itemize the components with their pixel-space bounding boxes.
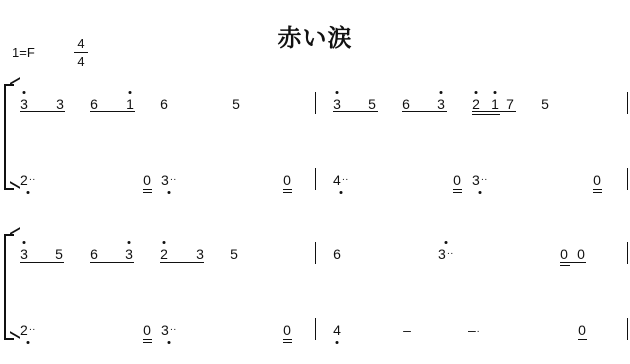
note: 3	[56, 96, 64, 112]
note: 3··	[161, 172, 176, 188]
note-digit: 1	[491, 96, 499, 112]
note: 3	[125, 246, 133, 262]
low-octave-dot	[26, 191, 29, 194]
low-octave-dot	[167, 191, 170, 194]
note-digit: 2	[472, 96, 480, 112]
beam-underline	[90, 111, 135, 112]
note: 2··	[20, 172, 35, 188]
beam-underline	[560, 262, 586, 263]
note-digit: 3	[161, 172, 169, 188]
note: 0	[283, 322, 291, 338]
note-digit: 3	[472, 172, 480, 188]
low-octave-dot	[167, 341, 170, 344]
note: 6	[402, 96, 410, 112]
note-digit: 1	[126, 96, 134, 112]
high-octave-dot	[23, 91, 26, 94]
note: 6	[90, 246, 98, 262]
note-digit: 0	[578, 322, 586, 338]
high-octave-dot	[128, 241, 131, 244]
underline	[593, 192, 602, 193]
time-signature-top: 4	[74, 36, 88, 51]
note-digit: 6	[402, 96, 410, 112]
note-digit: 3	[196, 246, 204, 262]
note: 3··	[161, 322, 176, 338]
note: 5	[55, 246, 63, 262]
note: 4	[333, 322, 341, 338]
note-digit: 6	[333, 246, 341, 262]
note-digit: 2	[20, 322, 28, 338]
system-bracket	[4, 234, 14, 340]
augmentation-dots: ··	[342, 174, 349, 185]
note-digit: 0	[143, 322, 151, 338]
note: 2··	[20, 322, 35, 338]
underline	[453, 189, 462, 190]
augmentation-dots: .	[477, 324, 480, 335]
high-octave-dot	[494, 91, 497, 94]
underline	[578, 339, 587, 340]
note-digit: 5	[55, 246, 63, 262]
note-digit: 3	[437, 96, 445, 112]
underline	[283, 189, 292, 190]
augmentation-dots: ··	[29, 324, 36, 335]
note-digit: 2	[20, 172, 28, 188]
underline	[453, 192, 462, 193]
low-octave-dot	[26, 341, 29, 344]
high-octave-dot	[336, 91, 339, 94]
barline	[315, 318, 316, 340]
note-digit: 0	[143, 172, 151, 188]
note-digit: 3	[56, 96, 64, 112]
note-digit: 3	[20, 246, 28, 262]
note: 5	[368, 96, 376, 112]
note-digit: 3	[438, 246, 446, 262]
barline	[315, 92, 316, 114]
underline	[283, 339, 292, 340]
high-octave-dot	[444, 241, 447, 244]
time-signature-bottom: 4	[74, 54, 88, 69]
note-digit: 0	[560, 246, 568, 262]
note-digit: –	[468, 322, 476, 338]
note-digit: 5	[230, 246, 238, 262]
high-octave-dot	[163, 241, 166, 244]
note: 2	[160, 246, 168, 262]
note: 6	[90, 96, 98, 112]
note-digit: 3	[125, 246, 133, 262]
barline	[627, 318, 628, 340]
note-digit: 2	[160, 246, 168, 262]
time-signature: 4 4	[74, 36, 88, 69]
note: 0	[143, 322, 151, 338]
note: –.	[468, 322, 480, 338]
underline	[593, 189, 602, 190]
note: 3	[333, 96, 341, 112]
low-octave-dot	[339, 191, 342, 194]
barline	[627, 168, 628, 190]
barline	[627, 92, 628, 114]
note: 0	[453, 172, 461, 188]
note: 3··	[472, 172, 487, 188]
beam-underline	[20, 111, 65, 112]
underline	[143, 342, 152, 343]
high-octave-dot	[23, 241, 26, 244]
note: 6	[160, 96, 168, 112]
note: 0	[578, 322, 586, 338]
note-digit: 6	[90, 246, 98, 262]
note: 3	[437, 96, 445, 112]
system-bracket	[4, 84, 14, 190]
note: 3	[20, 246, 28, 262]
barline	[315, 168, 316, 190]
note: 6	[333, 246, 341, 262]
underline	[143, 339, 152, 340]
beam-underline	[402, 111, 447, 112]
barline	[627, 242, 628, 264]
beam-underline	[472, 111, 516, 112]
note: 0	[143, 172, 151, 188]
key-signature: 1=F	[12, 45, 35, 60]
low-octave-dot	[336, 341, 339, 344]
note: 0	[283, 172, 291, 188]
high-octave-dot	[440, 91, 443, 94]
note: 3	[196, 246, 204, 262]
note: 1	[491, 96, 499, 112]
beam-underline	[20, 262, 64, 263]
note: 0	[560, 246, 568, 262]
note-digit: 0	[593, 172, 601, 188]
note: 2	[472, 96, 480, 112]
note-digit: –	[403, 322, 411, 338]
augmentation-dots: ··	[447, 248, 454, 259]
barline	[315, 242, 316, 264]
note-digit: 5	[541, 96, 549, 112]
note: 5	[230, 246, 238, 262]
note-digit: 0	[453, 172, 461, 188]
augmentation-dots: ··	[170, 174, 177, 185]
note-digit: 0	[283, 322, 291, 338]
low-octave-dot	[478, 191, 481, 194]
underline	[283, 192, 292, 193]
note-digit: 4	[333, 172, 341, 188]
high-octave-dot	[475, 91, 478, 94]
note-digit: 0	[577, 246, 585, 262]
augmentation-dots: ··	[170, 324, 177, 335]
note-digit: 3	[20, 96, 28, 112]
note-digit: 3	[333, 96, 341, 112]
augmentation-dots: ··	[481, 174, 488, 185]
note: 3··	[438, 246, 453, 262]
beam-underline	[333, 111, 378, 112]
note: 3	[20, 96, 28, 112]
note: 5	[541, 96, 549, 112]
underline	[283, 342, 292, 343]
note-digit: 6	[160, 96, 168, 112]
note: 5	[232, 96, 240, 112]
note-digit: 6	[90, 96, 98, 112]
song-title: 赤い涙	[0, 18, 630, 53]
beam-underline	[472, 114, 500, 115]
note-digit: 4	[333, 322, 341, 338]
beam-underline	[560, 265, 570, 266]
beam-underline	[160, 262, 204, 263]
note: 0	[577, 246, 585, 262]
note-digit: 5	[232, 96, 240, 112]
augmentation-dots: ··	[29, 174, 36, 185]
high-octave-dot	[129, 91, 132, 94]
note-digit: 3	[161, 322, 169, 338]
note-digit: 5	[368, 96, 376, 112]
note: 1	[126, 96, 134, 112]
note: 4··	[333, 172, 348, 188]
note-digit: 0	[283, 172, 291, 188]
note: 0	[593, 172, 601, 188]
note: 7	[506, 96, 514, 112]
note-digit: 7	[506, 96, 514, 112]
underline	[143, 189, 152, 190]
time-signature-divider	[74, 52, 88, 53]
underline	[143, 192, 152, 193]
note: –	[403, 322, 411, 338]
beam-underline	[90, 262, 134, 263]
